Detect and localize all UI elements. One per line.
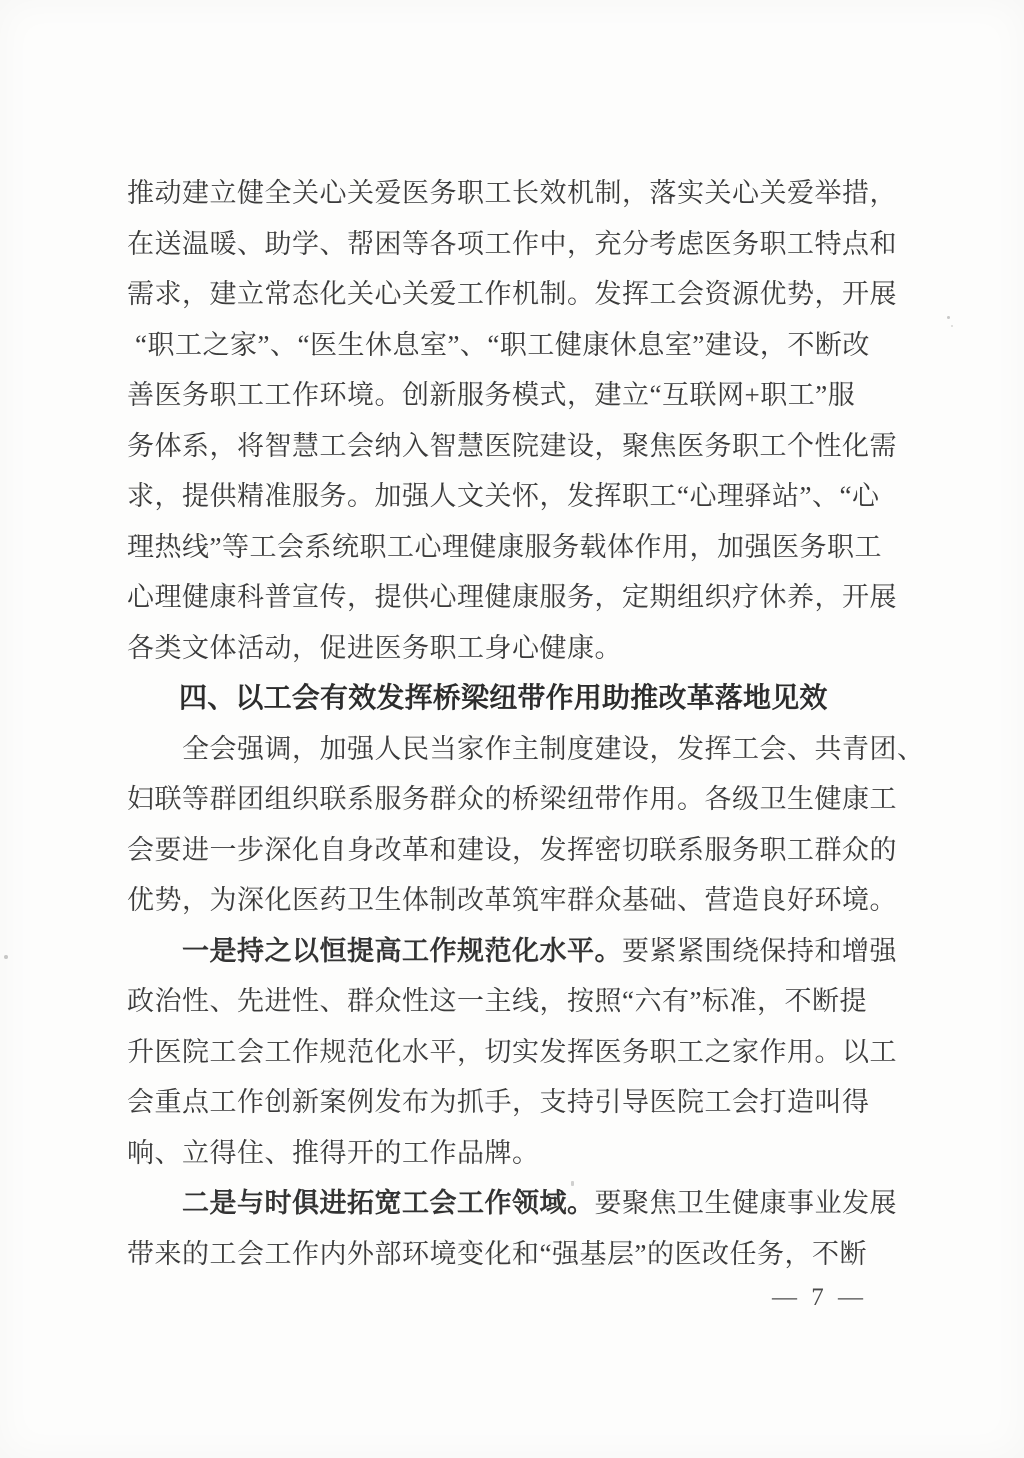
text-line: 理热线”等工会系统职工心理健康服务载体作用，加强医务职工 — [127, 522, 907, 573]
text-line: 善医务职工工作环境。创新服务模式，建立“互联网+职工”服 — [127, 370, 907, 421]
text-line: 响、立得住、推得开的工作品牌。 — [127, 1128, 907, 1179]
text-line: “职工之家”、“医生休息室”、“职工健康休息室”建设，不断改 — [127, 320, 907, 371]
scan-artifact-dot — [571, 1181, 574, 1186]
text-line: 会重点工作创新案例发布为抓手，支持引导医院工会打造叫得 — [127, 1077, 907, 1128]
text-line: 政治性、先进性、群众性这一主线，按照“六有”标准，不断提 — [127, 976, 907, 1027]
text-line: 带来的工会工作内外部环境变化和“强基层”的医改任务，不断 — [127, 1229, 907, 1280]
text-line: 务体系，将智慧工会纳入智慧医院建设，聚焦医务职工个性化需 — [127, 421, 907, 472]
lead-in-phrase: 一是持之以恒提高工作规范化水平。 — [182, 936, 622, 966]
document-page: 推动建立健全关心关爱医务职工长效机制，落实关心关爱举措，在送温暖、助学、帮困等各… — [0, 0, 1024, 1458]
scan-artifact-dot — [4, 955, 8, 959]
text-line: 全会强调，加强人民当家作主制度建设，发挥工会、共青团、 — [127, 724, 907, 775]
text-line: 会要进一步深化自身改革和建设，发挥密切联系服务职工群众的 — [127, 825, 907, 876]
text-line: 推动建立健全关心关爱医务职工长效机制，落实关心关爱举措， — [127, 168, 907, 219]
text-line: 求，提供精准服务。加强人文关怀，发挥职工“心理驿站”、“心 — [127, 471, 907, 522]
text-line: 优势，为深化医药卫生体制改革筑牢群众基础、营造良好环境。 — [127, 875, 907, 926]
scan-artifact-dot — [947, 316, 950, 319]
document-body: 推动建立健全关心关爱医务职工长效机制，落实关心关爱举措，在送温暖、助学、帮困等各… — [127, 168, 907, 1279]
text-line: 各类文体活动，促进医务职工身心健康。 — [127, 623, 907, 674]
text-line: 心理健康科普宣传，提供心理健康服务，定期组织疗休养，开展 — [127, 572, 907, 623]
scan-artifact-dot — [951, 325, 953, 327]
page-number: — 7 — — [772, 1284, 867, 1312]
text-line: 一是持之以恒提高工作规范化水平。要紧紧围绕保持和增强 — [127, 926, 907, 977]
text-line: 二是与时俱进拓宽工会工作领域。要聚焦卫生健康事业发展 — [127, 1178, 907, 1229]
text-line: 妇联等群团组织联系服务群众的桥梁纽带作用。各级卫生健康工 — [127, 774, 907, 825]
section-heading: 四、以工会有效发挥桥梁纽带作用助推改革落地见效 — [127, 673, 907, 724]
lead-in-phrase: 二是与时俱进拓宽工会工作领域。 — [182, 1188, 595, 1218]
text-line: 需求，建立常态化关心关爱工作机制。发挥工会资源优势，开展 — [127, 269, 907, 320]
text-line: 升医院工会工作规范化水平，切实发挥医务职工之家作用。以工 — [127, 1027, 907, 1078]
text-line: 在送温暖、助学、帮困等各项工作中，充分考虑医务职工特点和 — [127, 219, 907, 270]
